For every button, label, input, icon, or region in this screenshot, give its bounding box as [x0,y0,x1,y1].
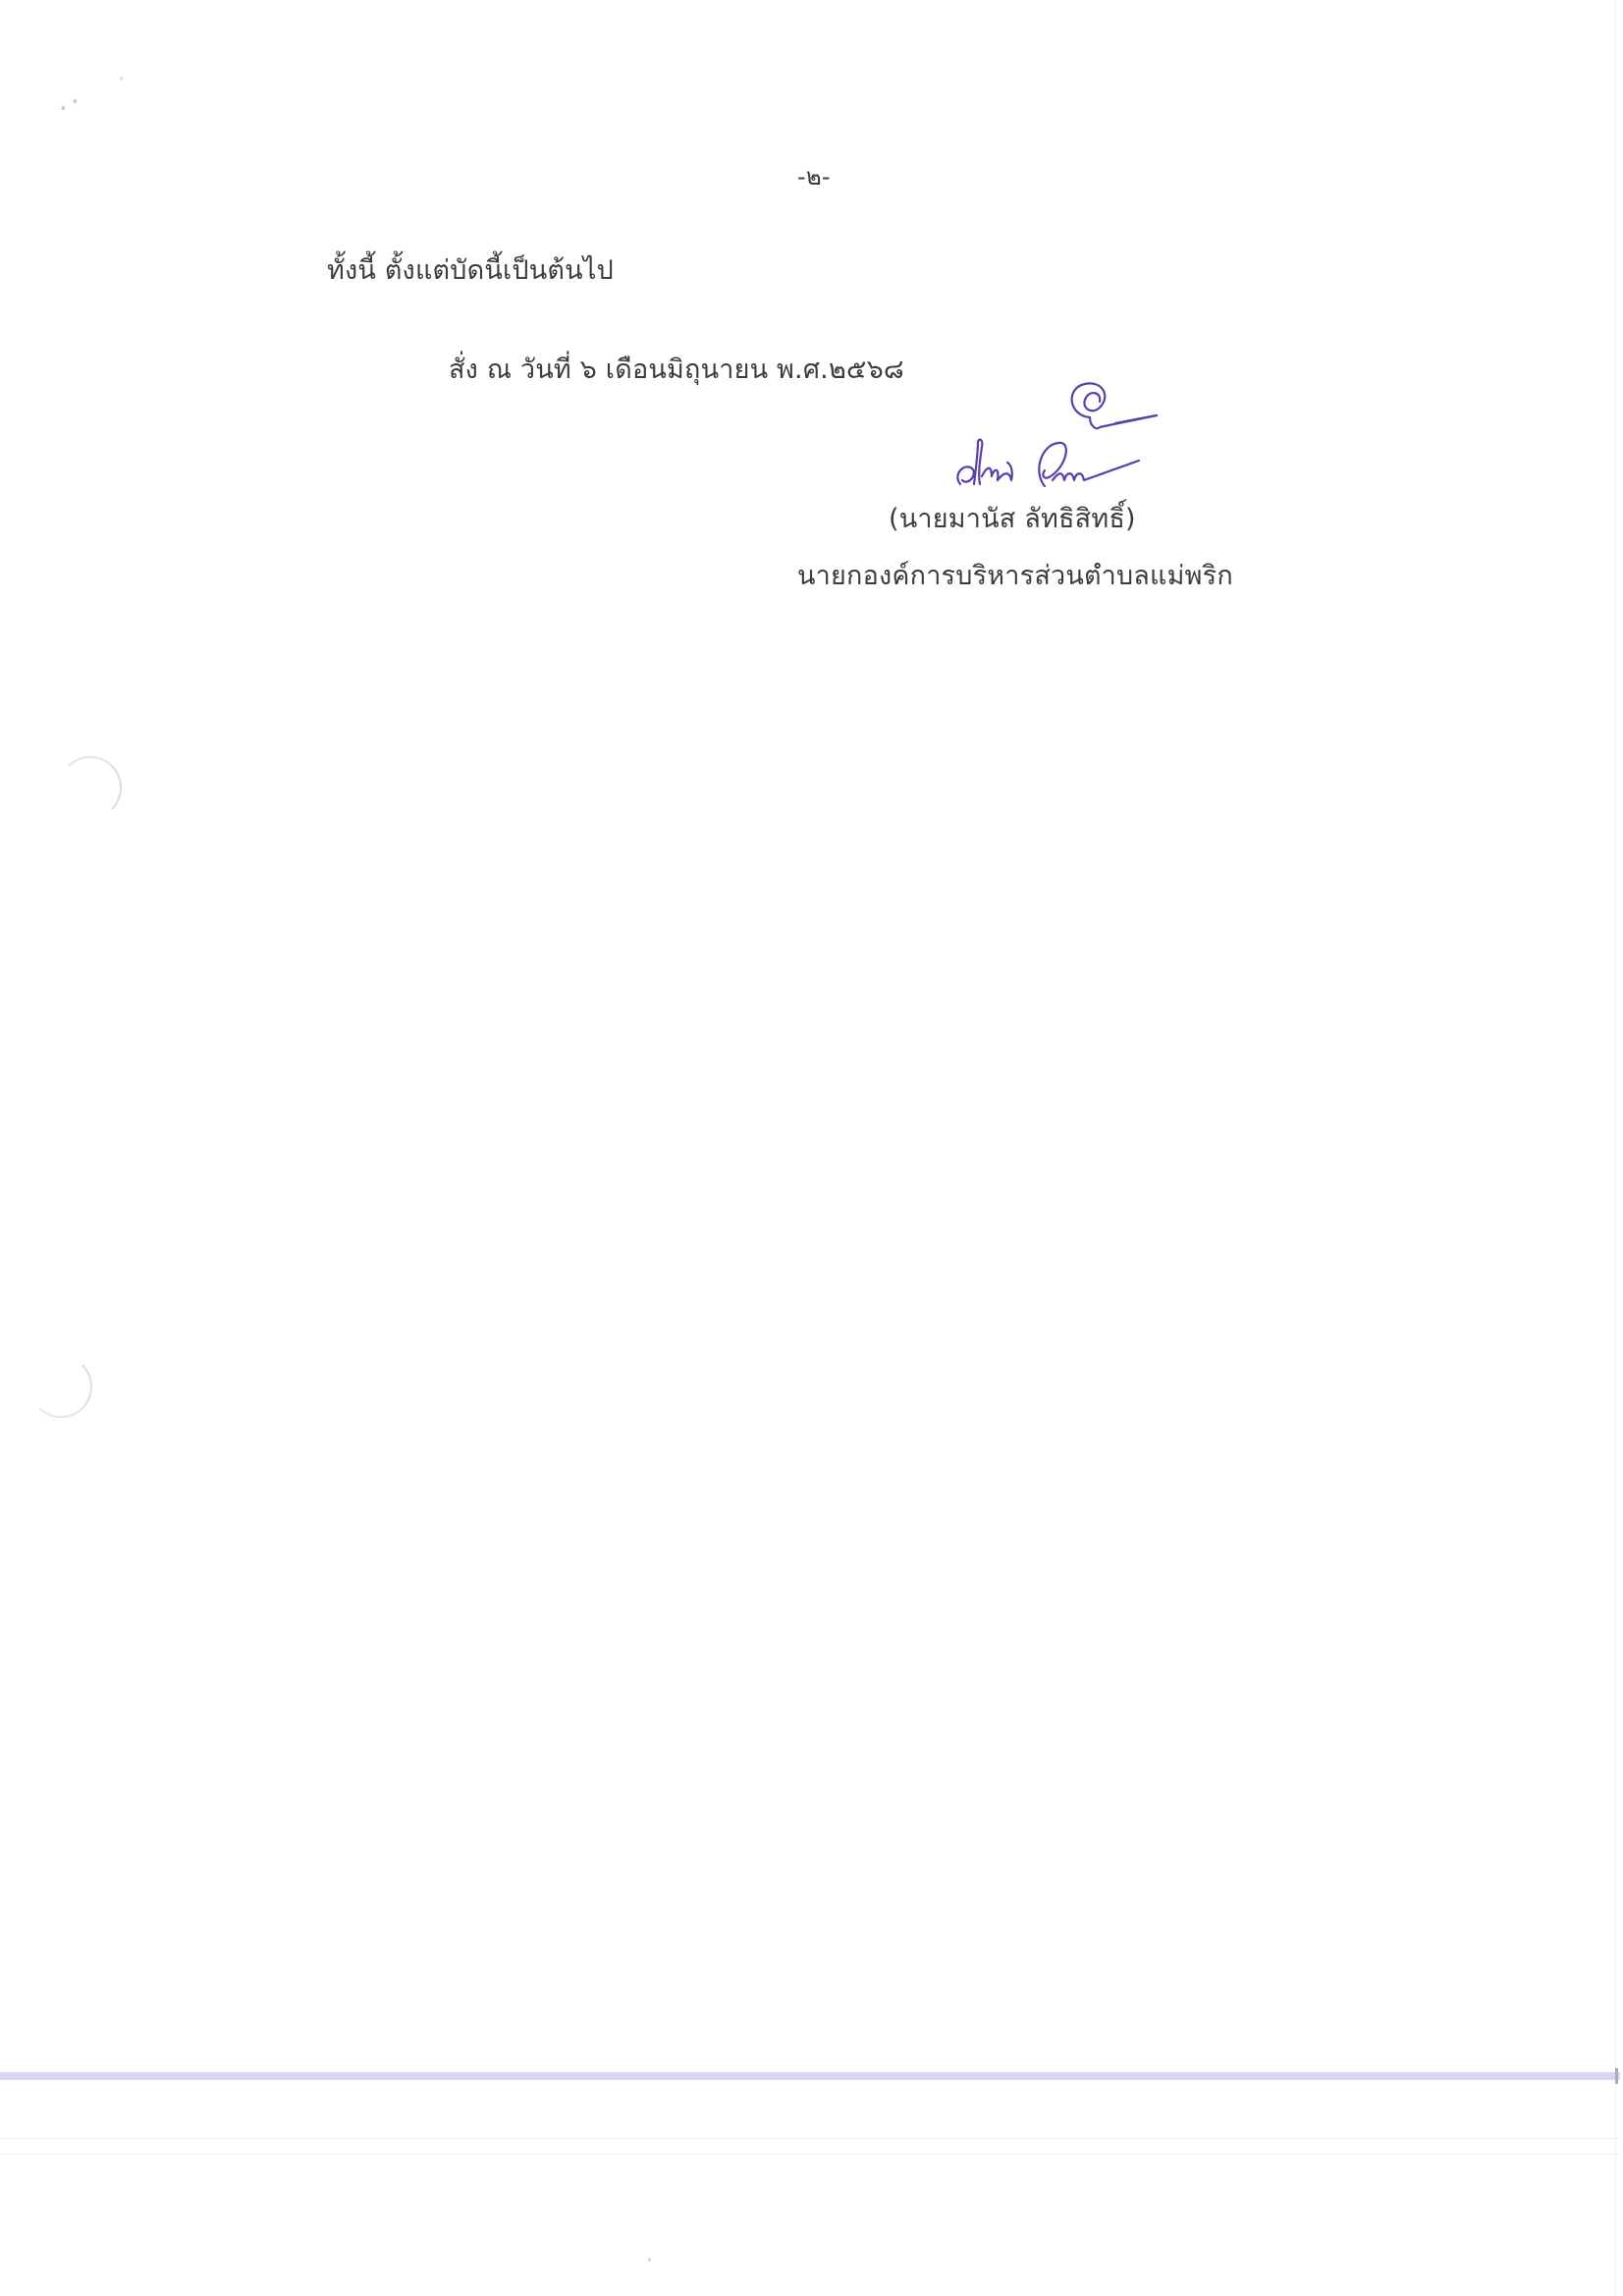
hole-punch-mark [59,756,122,819]
faint-rule [0,2138,1618,2139]
closing-line: ทั้งนี้ ตั้งแต่บัดนี้เป็นต้นไป [327,257,614,284]
page-number: -๒- [797,165,831,189]
scan-speck [648,2258,651,2262]
signature-icon [943,378,1168,501]
scan-edge [1615,0,1616,2296]
scan-band [0,2072,1620,2080]
signer-name: (นายมานัส ลัทธิสิทธิ์) [889,506,1136,532]
faint-rule [0,2154,1618,2155]
scan-band-end [1615,2068,1618,2084]
document-page: -๒- ทั้งนี้ ตั้งแต่บัดนี้เป็นต้นไป สั่ง … [0,0,1623,2296]
signer-title: นายกองค์การบริหารส่วนตำบลแม่พริก [797,563,1233,589]
scan-speck [120,77,123,81]
date-line: สั่ง ณ วันที่ ๖ เดือนมิถุนายน พ.ศ.๒๕๖๘ [449,356,904,383]
hole-punch-mark [29,1355,92,1418]
scan-speck [74,99,77,103]
scan-speck [62,106,65,110]
